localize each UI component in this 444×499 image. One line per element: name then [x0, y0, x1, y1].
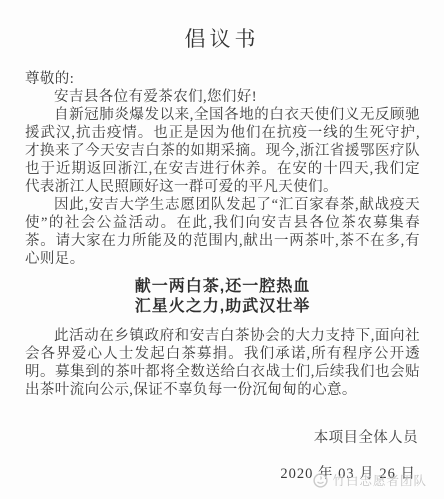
proposal-letter-page: 倡议书 尊敬的: 安吉县各位有爱茶农们,您们好! 自新冠肺炎爆发以来,全国各地的…	[0, 0, 444, 499]
watermark: 竹白志愿者团队	[313, 471, 427, 489]
volunteer-team-logo-icon	[313, 473, 328, 488]
salutation: 尊敬的:	[25, 70, 420, 88]
paragraph-promise: 此活动在乡镇政府和安吉白茶协会的大力支持下,面向社会各界爱心人士发起白茶募捐。我…	[25, 327, 420, 399]
watermark-text: 竹白志愿者团队	[332, 471, 427, 489]
paragraph-outbreak: 自新冠肺炎爆发以来,全国各地的白衣天使们义无反顾驰援武汉,抗击疫情。也正是因为他…	[25, 106, 420, 196]
signature-line: 本项目全体人员	[25, 429, 420, 447]
page-title: 倡议书	[0, 0, 444, 53]
slogan-block: 献一两白茶,还一腔热血 汇星火之力,助武汉壮举	[25, 277, 420, 317]
slogan-line-1: 献一两白茶,还一腔热血	[25, 277, 420, 297]
slogan-line-2: 汇星火之力,助武汉壮举	[25, 297, 420, 317]
paragraph-initiative: 因此,安吉大学生志愿团队发起了“汇百家春茶,献战疫天使”的社会公益活动。在此,我…	[25, 196, 420, 268]
letter-body: 尊敬的: 安吉县各位有爱茶农们,您们好! 自新冠肺炎爆发以来,全国各地的白衣天使…	[0, 53, 444, 483]
greeting-line: 安吉县各位有爱茶农们,您们好!	[25, 88, 420, 106]
